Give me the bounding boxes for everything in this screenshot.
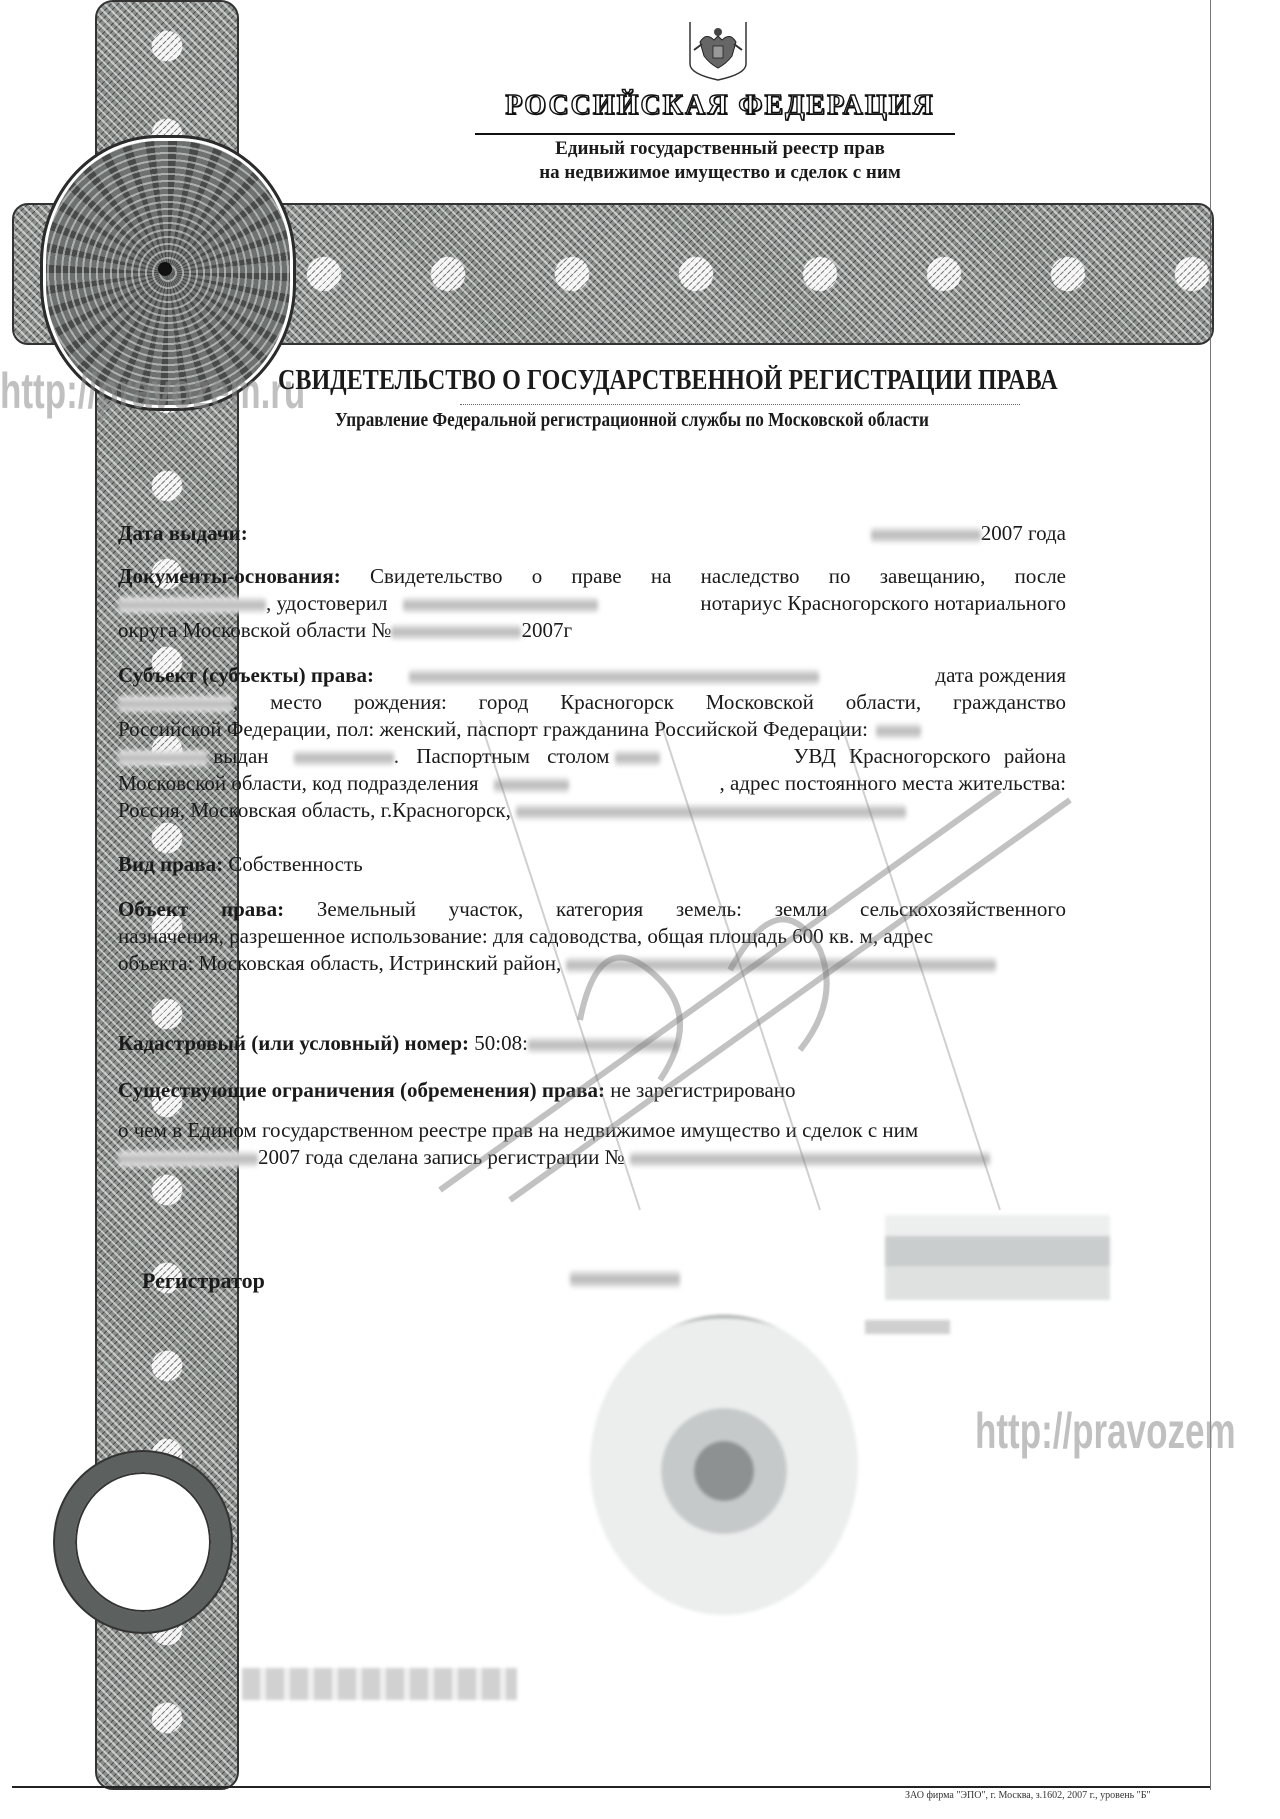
basis-docs-row-2: , удостоверил нотариус Красногорского но… (118, 590, 1066, 617)
cadastral-value: 50:08: (474, 1031, 528, 1055)
signature-redacted (885, 1215, 1110, 1300)
registrar-name-redacted (570, 1270, 680, 1288)
registry-note-row-2: 2007 года сделана запись регистрации № (118, 1144, 1066, 1171)
issue-date-row: Дата выдачи: 2007 года (118, 520, 1066, 547)
certificate-serial-redacted (242, 1668, 517, 1700)
cadastral-row: Кадастровый (или условный) номер: 50:08: (118, 1030, 1066, 1057)
subject-row-6: Россия, Московская область, г.Красногорс… (118, 797, 1066, 824)
site-watermark-right: http://pravozem (975, 1402, 1236, 1460)
russian-coat-of-arms-icon (688, 20, 748, 84)
encumbrances-row: Существующие ограничения (обременения) п… (118, 1077, 1066, 1104)
issue-date-label: Дата выдачи: (118, 521, 248, 545)
official-seal-redacted (590, 1315, 858, 1615)
cadastral-label: Кадастровый (или условный) номер: (118, 1031, 469, 1055)
watermark-oval-ring (55, 1452, 231, 1632)
object-row-1: Объект права: Земельный участок, категор… (118, 896, 1066, 923)
basis-docs-label: Документы-основания: (118, 564, 341, 588)
registry-note-row-1: о чем в Едином государственном реестре п… (118, 1117, 1066, 1144)
page-right-edge (1210, 0, 1211, 1790)
right-type-label: Вид права: (118, 852, 223, 876)
object-row-3: объекта: Московская область, Истринский … (118, 950, 1066, 977)
site-watermark-left: http://pravozem.ru (0, 362, 305, 420)
subject-label: Субъект (субъекты) права: (118, 663, 374, 687)
basis-docs-text: Свидетельство о праве на наследство по з… (370, 564, 1066, 588)
registrar-label: Регистратор (142, 1268, 265, 1294)
printer-imprint: ЗАО фирма "ЭПО", г. Москва, з.1602, 2007… (905, 1790, 1151, 1801)
subject-row-2: , место рождения: город Красногорск Моск… (118, 689, 1066, 716)
object-row-2: назначения, разрешенное использование: д… (118, 923, 1066, 950)
issuing-authority: Управление Федеральной регистрационной с… (335, 409, 1109, 432)
object-label: Объект права: (118, 897, 284, 921)
right-type-row: Вид права: Собственность (118, 851, 1066, 878)
encumbrances-label: Существующие ограничения (обременения) п… (118, 1078, 605, 1102)
page-bottom-rule (12, 1786, 1210, 1788)
right-type-value: Собственность (228, 852, 362, 876)
header-rule (475, 133, 955, 135)
basis-docs-row-3: округа Московской области №2007г (118, 617, 1066, 644)
rosette-center (158, 262, 172, 276)
country-heading: РОССИЙСКАЯ ФЕДЕРАЦИЯ (480, 90, 960, 122)
title-dotted-rule (460, 404, 1020, 406)
basis-docs-row-1: Документы-основания: Свидетельство о пра… (118, 563, 1066, 590)
encumbrances-value: не зарегистрировано (610, 1078, 795, 1102)
issue-date-value: 2007 года (871, 520, 1066, 547)
subject-row-5: Московской области, код подразделения , … (118, 770, 1066, 797)
signature-caption-redacted (865, 1320, 950, 1334)
subject-row-1: Субъект (субъекты) права: дата рождения (118, 662, 1066, 689)
certificate-title: СВИДЕТЕЛЬСТВО О ГОСУДАРСТВЕННОЙ РЕГИСТРА… (278, 365, 1052, 397)
registry-name-line1: Единый государственный реестр прав (440, 138, 1000, 160)
registry-name-line2: на недвижимое имущество и сделок с ним (440, 162, 1000, 184)
subject-row-3: Российской Федерации, пол: женский, пасп… (118, 716, 1066, 743)
subject-row-4: выдан . Паспортным столом УВД Красногорс… (118, 743, 1066, 770)
